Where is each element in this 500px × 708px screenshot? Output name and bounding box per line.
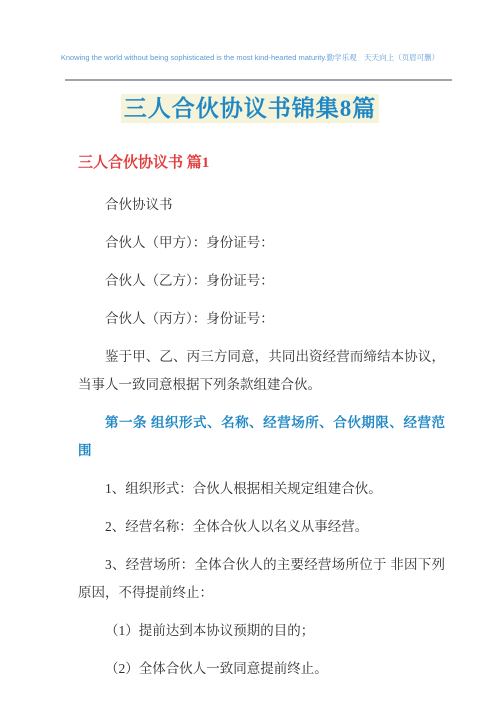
paragraph: （2）全体合伙人一致同意提前终止。 bbox=[78, 655, 445, 683]
clause-heading: 第一条 组织形式、名称、经营场所、合伙期限、经营范围 bbox=[78, 409, 445, 465]
paragraph: 1、组织形式：合伙人根据相关规定组建合伙。 bbox=[78, 475, 445, 503]
document-body: 合伙协议书 合伙人（甲方）：身份证号： 合伙人（乙方）：身份证号： 合伙人（丙方… bbox=[78, 191, 445, 683]
paragraph: 合伙人（丙方）：身份证号： bbox=[78, 305, 445, 333]
paragraph: 合伙协议书 bbox=[78, 191, 445, 219]
document-title-text: 三人合伙协议书锦集8篇 bbox=[121, 94, 380, 123]
paragraph: 合伙人（甲方）：身份证号： bbox=[78, 229, 445, 257]
paragraph: 3、经营场所：全体合伙人的主要经营场所位于 非因下列原因，不得提前终止： bbox=[78, 551, 445, 607]
page-header-text: Knowing the world without being sophisti… bbox=[58, 0, 443, 63]
paragraph: 2、经营名称：全体合伙人以名义从事经营。 bbox=[78, 513, 445, 541]
paragraph: 鉴于甲、乙、丙三方同意，共同出资经营而缔结本协议，当事人一致同意根据下列条款组建… bbox=[78, 343, 445, 399]
header-divider bbox=[65, 79, 452, 81]
document-page: Knowing the world without being sophisti… bbox=[0, 0, 500, 708]
paragraph: （1）提前达到本协议预期的目的； bbox=[78, 617, 445, 645]
paragraph: 合伙人（乙方）：身份证号： bbox=[78, 267, 445, 295]
section-title: 三人合伙协议书 篇1 bbox=[78, 151, 445, 172]
document-title: 三人合伙协议书锦集8篇 bbox=[0, 90, 500, 123]
